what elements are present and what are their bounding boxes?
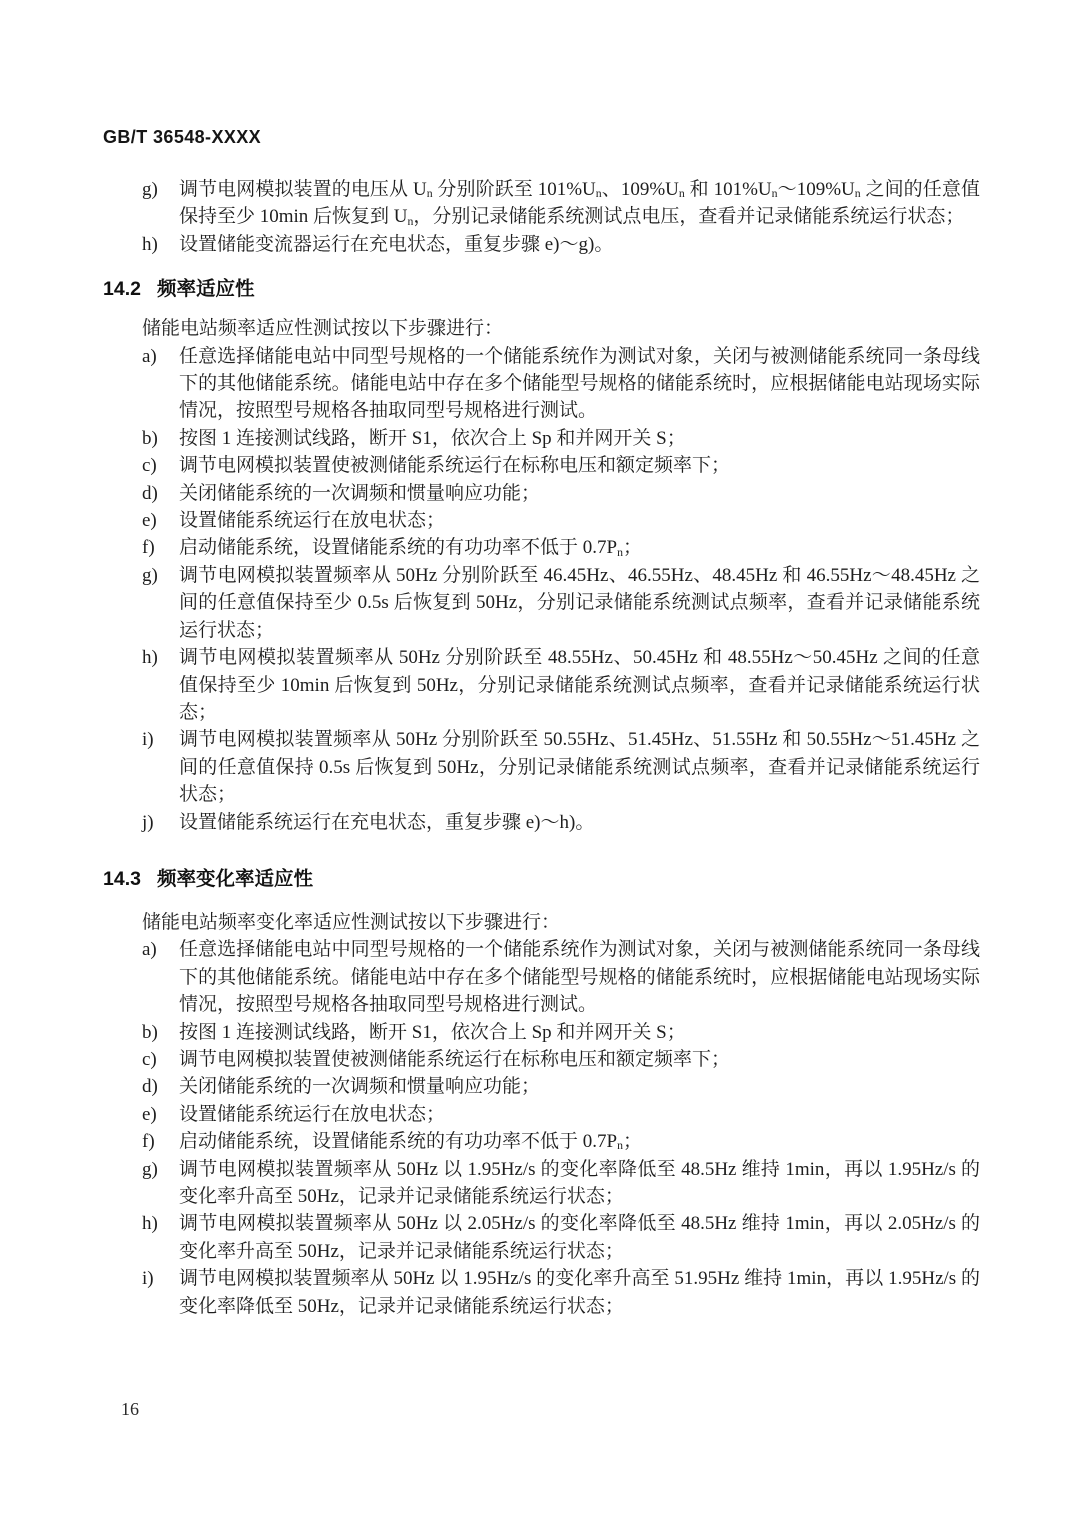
leading-step-list: g) 调节电网模拟装置的电压从 Un 分别阶跃至 101%Un、109%Un 和… xyxy=(103,176,980,258)
section-intro: 储能电站频率变化率适应性测试按以下步骤进行： xyxy=(142,909,980,936)
step-label: e) xyxy=(142,507,179,534)
document-body: g) 调节电网模拟装置的电压从 Un 分别阶跃至 101%Un、109%Un 和… xyxy=(103,176,980,1320)
step-label: b) xyxy=(142,425,179,452)
list-item: e) 设置储能系统运行在放电状态； xyxy=(142,507,980,534)
step-label: h) xyxy=(142,1210,179,1265)
step-text: 设置储能系统运行在放电状态； xyxy=(179,507,980,534)
list-item: g) 调节电网模拟装置的电压从 Un 分别阶跃至 101%Un、109%Un 和… xyxy=(142,176,980,231)
list-item: d) 关闭储能系统的一次调频和惯量响应功能； xyxy=(142,1073,980,1100)
section-number: 14.3 xyxy=(103,866,141,893)
step-text: 启动储能系统，设置储能系统的有功功率不低于 0.7Pn； xyxy=(179,1128,980,1155)
step-label: c) xyxy=(142,452,179,479)
step-text: 关闭储能系统的一次调频和惯量响应功能； xyxy=(179,480,980,507)
section-14-3-step-list: a) 任意选择储能电站中同型号规格的一个储能系统作为测试对象，关闭与被测储能系统… xyxy=(103,936,980,1320)
step-label: g) xyxy=(142,562,179,644)
section-14-2-step-list: a) 任意选择储能电站中同型号规格的一个储能系统作为测试对象，关闭与被测储能系统… xyxy=(103,343,980,836)
section-heading-14-3: 14.3 频率变化率适应性 xyxy=(103,866,980,893)
section-intro: 储能电站频率适应性测试按以下步骤进行： xyxy=(142,315,980,342)
step-label: a) xyxy=(142,936,179,1018)
step-text: 启动储能系统，设置储能系统的有功功率不低于 0.7Pn； xyxy=(179,534,980,561)
step-label: d) xyxy=(142,1073,179,1100)
step-text: 任意选择储能电站中同型号规格的一个储能系统作为测试对象，关闭与被测储能系统同一条… xyxy=(179,343,980,425)
list-item: b) 按图 1 连接测试线路，断开 S1，依次合上 Sp 和并网开关 S； xyxy=(142,1019,980,1046)
step-label: d) xyxy=(142,480,179,507)
step-label: i) xyxy=(142,1265,179,1320)
step-text: 任意选择储能电站中同型号规格的一个储能系统作为测试对象，关闭与被测储能系统同一条… xyxy=(179,936,980,1018)
step-text: 关闭储能系统的一次调频和惯量响应功能； xyxy=(179,1073,980,1100)
list-item: f) 启动储能系统，设置储能系统的有功功率不低于 0.7Pn； xyxy=(142,534,980,561)
list-item: b) 按图 1 连接测试线路，断开 S1，依次合上 Sp 和并网开关 S； xyxy=(142,425,980,452)
section-heading-14-2: 14.2 频率适应性 xyxy=(103,276,980,303)
step-text: 设置储能系统运行在充电状态，重复步骤 e)～h)。 xyxy=(179,809,980,836)
list-item: a) 任意选择储能电站中同型号规格的一个储能系统作为测试对象，关闭与被测储能系统… xyxy=(142,936,980,1018)
step-label: g) xyxy=(142,1156,179,1211)
step-text: 调节电网模拟装置使被测储能系统运行在标称电压和额定频率下； xyxy=(179,452,980,479)
step-text: 按图 1 连接测试线路，断开 S1，依次合上 Sp 和并网开关 S； xyxy=(179,425,980,452)
step-label: h) xyxy=(142,231,179,258)
step-label: f) xyxy=(142,1128,179,1155)
list-item: h) 调节电网模拟装置频率从 50Hz 分别阶跃至 48.55Hz、50.45H… xyxy=(142,644,980,726)
list-item: h) 调节电网模拟装置频率从 50Hz 以 2.05Hz/s 的变化率降低至 4… xyxy=(142,1210,980,1265)
list-item: a) 任意选择储能电站中同型号规格的一个储能系统作为测试对象，关闭与被测储能系统… xyxy=(142,343,980,425)
step-text: 调节电网模拟装置使被测储能系统运行在标称电压和额定频率下； xyxy=(179,1046,980,1073)
step-text: 调节电网模拟装置频率从 50Hz 分别阶跃至 48.55Hz、50.45Hz 和… xyxy=(179,644,980,726)
step-text: 调节电网模拟装置频率从 50Hz 以 2.05Hz/s 的变化率降低至 48.5… xyxy=(179,1210,980,1265)
step-label: a) xyxy=(142,343,179,425)
step-label: f) xyxy=(142,534,179,561)
page-number: 16 xyxy=(121,1399,139,1420)
list-item: e) 设置储能系统运行在放电状态； xyxy=(142,1101,980,1128)
list-item: f) 启动储能系统，设置储能系统的有功功率不低于 0.7Pn； xyxy=(142,1128,980,1155)
step-text: 调节电网模拟装置频率从 50Hz 分别阶跃至 46.45Hz、46.55Hz、4… xyxy=(179,562,980,644)
step-label: e) xyxy=(142,1101,179,1128)
standard-code-header: GB/T 36548-XXXX xyxy=(103,127,261,148)
step-label: h) xyxy=(142,644,179,726)
list-item: g) 调节电网模拟装置频率从 50Hz 分别阶跃至 46.45Hz、46.55H… xyxy=(142,562,980,644)
list-item: c) 调节电网模拟装置使被测储能系统运行在标称电压和额定频率下； xyxy=(142,1046,980,1073)
list-item: c) 调节电网模拟装置使被测储能系统运行在标称电压和额定频率下； xyxy=(142,452,980,479)
section-title: 频率变化率适应性 xyxy=(157,866,313,893)
section-number: 14.2 xyxy=(103,276,141,303)
step-text: 设置储能变流器运行在充电状态，重复步骤 e)～g)。 xyxy=(179,231,980,258)
step-text: 调节电网模拟装置频率从 50Hz 以 1.95Hz/s 的变化率升高至 51.9… xyxy=(179,1265,980,1320)
list-item: d) 关闭储能系统的一次调频和惯量响应功能； xyxy=(142,480,980,507)
step-label: b) xyxy=(142,1019,179,1046)
section-title: 频率适应性 xyxy=(157,276,255,303)
step-text: 调节电网模拟装置的电压从 Un 分别阶跃至 101%Un、109%Un 和 10… xyxy=(179,176,980,231)
step-label: c) xyxy=(142,1046,179,1073)
list-item: h) 设置储能变流器运行在充电状态，重复步骤 e)～g)。 xyxy=(142,231,980,258)
step-text: 设置储能系统运行在放电状态； xyxy=(179,1101,980,1128)
step-text: 调节电网模拟装置频率从 50Hz 分别阶跃至 50.55Hz、51.45Hz、5… xyxy=(179,726,980,808)
document-page: GB/T 36548-XXXX g) 调节电网模拟装置的电压从 Un 分别阶跃至… xyxy=(0,0,1080,1527)
step-label: g) xyxy=(142,176,179,231)
step-label: i) xyxy=(142,726,179,808)
list-item: i) 调节电网模拟装置频率从 50Hz 分别阶跃至 50.55Hz、51.45H… xyxy=(142,726,980,808)
list-item: i) 调节电网模拟装置频率从 50Hz 以 1.95Hz/s 的变化率升高至 5… xyxy=(142,1265,980,1320)
step-label: j) xyxy=(142,809,179,836)
list-item: g) 调节电网模拟装置频率从 50Hz 以 1.95Hz/s 的变化率降低至 4… xyxy=(142,1156,980,1211)
step-text: 按图 1 连接测试线路，断开 S1，依次合上 Sp 和并网开关 S； xyxy=(179,1019,980,1046)
list-item: j) 设置储能系统运行在充电状态，重复步骤 e)～h)。 xyxy=(142,809,980,836)
step-text: 调节电网模拟装置频率从 50Hz 以 1.95Hz/s 的变化率降低至 48.5… xyxy=(179,1156,980,1211)
